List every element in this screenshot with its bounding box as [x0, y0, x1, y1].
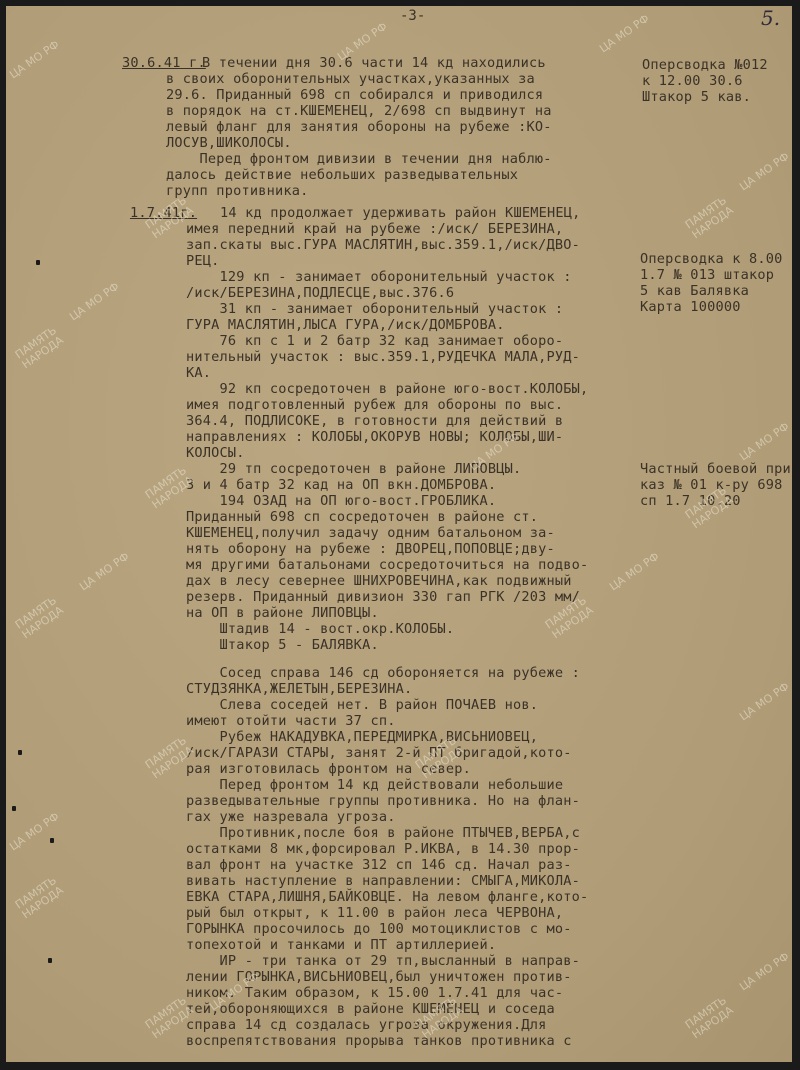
entry-line: мя другими батальонами сосредоточиться н…: [186, 558, 588, 574]
watermark-archive: ЦА МО РФ: [68, 281, 122, 324]
margin-note-line: 1.7 № 013 штакор: [640, 268, 774, 284]
entry-line: 194 ОЗАД на ОП юго-вост.ГРОБЛИКА.: [186, 494, 496, 510]
entry-line: 3 и 4 батр 32 кад на ОП вкн.ДОМБРОВА.: [186, 478, 496, 494]
margin-note-line: Оперсводка №012: [642, 58, 768, 74]
watermark-archive: ЦА МО РФ: [78, 551, 132, 594]
entry-line: гах уже назревала угроза.: [186, 810, 396, 826]
entry-line: рый был открыт, к 11.00 в район леса ЧЕР…: [186, 906, 563, 922]
watermark-project: ПАМЯТЬ НАРОДА: [683, 995, 735, 1042]
entry-line: КОЛОСЫ.: [186, 446, 245, 462]
entry-line: имеют отойти части 37 сп.: [186, 714, 396, 730]
entry-line: Штадив 14 - вост.окр.КОЛОБЫ.: [186, 622, 454, 638]
entry-line: 76 кп с 1 и 2 батр 32 кад занимает оборо…: [186, 334, 563, 350]
punch-hole-mark: [48, 958, 52, 963]
margin-note-line: Частный боевой при: [640, 462, 791, 478]
entry-line: ЛОСУВ,ШИКОЛОСЫ.: [166, 136, 292, 152]
entry-line: Перед фронтом 14 кд действовали небольши…: [186, 778, 563, 794]
entry-line: ЕВКА СТАРА,ЛИШНЯ,БАЙКОВЦЕ. На левом флан…: [186, 890, 588, 906]
entry-line: Сосед справа 146 сд обороняется на рубеж…: [186, 666, 580, 682]
entry-line: /иск/БЕРЕЗИНА,ПОДЛЕСЦЕ,выс.376.6: [186, 286, 454, 302]
entry-line: ИР - три танка от 29 тп,высланный в напр…: [186, 954, 580, 970]
watermark-project: ПАМЯТЬ НАРОДА: [683, 195, 735, 242]
entry-line: ГУРА МАСЛЯТИН,ЛЫСА ГУРА,/иск/ДОМБРОВА.: [186, 318, 505, 334]
entry-line: РЕЦ.: [186, 254, 220, 270]
watermark-archive: ЦА МО РФ: [738, 681, 792, 724]
entry-line: В течении дня 30.6 части 14 кд находилис…: [202, 56, 546, 72]
entry-line: зап.скаты выс.ГУРА МАСЛЯТИН,выс.359.1,/и…: [186, 238, 580, 254]
entry-line: Штакор 5 - БАЛЯВКА.: [186, 638, 379, 654]
entry-line: КА.: [186, 366, 211, 382]
entry-line: /иск/ГАРАЗИ СТАРЫ, занят 2-й ПТ бригадой…: [186, 746, 572, 762]
entry-line: Приданный 698 сп сосредоточен в районе с…: [186, 510, 538, 526]
margin-note-line: 5 кав Балявка: [640, 284, 749, 300]
entry-line: дах в лесу севернее ШНИХРОВЕЧИНА,как под…: [186, 574, 572, 590]
entry-line: Слева соседей нет. В район ПОЧАЕВ нов.: [186, 698, 538, 714]
entry-line: Перед фронтом дивизии в течении дня набл…: [166, 152, 552, 168]
margin-note-line: Штакор 5 кав.: [642, 90, 751, 106]
entry-line: 364.4, ПОДЛИСОКЕ, в готовности для дейст…: [186, 414, 563, 430]
watermark-archive: ЦА МО РФ: [598, 13, 652, 56]
entry-line: 129 кп - занимает оборонительный участок…: [186, 270, 572, 286]
entry-line: имея передний край на рубеже :/иск/ БЕРЕ…: [186, 222, 563, 238]
entry-line: нять оборону на рубеже : ДВОРЕЦ,ПОПОВЦЕ;…: [186, 542, 555, 558]
margin-note-line: Карта 100000: [640, 300, 741, 316]
entry-line: СТУДЗЯНКА,ЖЕЛЕТЫН,БЕРЕЗИНА.: [186, 682, 412, 698]
punch-hole-mark: [18, 750, 22, 755]
entry-line: 92 кп сосредоточен в районе юго-вост.КОЛ…: [186, 382, 588, 398]
page-number: 5.: [761, 6, 780, 30]
entry-line: КШЕМЕНЕЦ,получил задачу одним батальоном…: [186, 526, 555, 542]
entry-line: далось действие небольших разведывательн…: [166, 168, 518, 184]
punch-hole-mark: [12, 806, 16, 811]
entry-line: резерв. Приданный дивизион 330 гап РГК /…: [186, 590, 580, 606]
entry-line: на ОП в районе ЛИПОВЦЫ.: [186, 606, 379, 622]
watermark-project: ПАМЯТЬ НАРОДА: [13, 595, 65, 642]
entry-line: в своих оборонительных участках,указанны…: [166, 72, 535, 88]
entry-date: 30.6.41 г.: [122, 56, 206, 72]
watermark-project: ПАМЯТЬ НАРОДА: [13, 325, 65, 372]
watermark-archive: ЦА МО РФ: [738, 151, 792, 194]
entry-line: имея подготовленный рубеж для обороны по…: [186, 398, 563, 414]
entry-line: топехотой и танками и ПТ артиллерией.: [186, 938, 496, 954]
entry-line: остатками 8 мк,форсировал Р.ИКВА, в 14.3…: [186, 842, 580, 858]
entry-line: Противник,после боя в районе ПТЫЧЕВ,ВЕРБ…: [186, 826, 580, 842]
margin-note-line: Оперсводка к 8.00: [640, 252, 783, 268]
watermark-archive: ЦА МО РФ: [738, 951, 792, 994]
entry-line: тей,обороняющихся в районе КШЕМЕНЕЦ и со…: [186, 1002, 555, 1018]
entry-line: Рубеж НАКАДУВКА,ПЕРЕДМИРКА,ВИСЬНИОВЕЦ,: [186, 730, 538, 746]
punch-hole-mark: [36, 260, 40, 265]
entry-line: ГОРЫНКА просочилось до 100 мотоциклистов…: [186, 922, 572, 938]
entry-line: справа 14 сд создалась угроза окружения.…: [186, 1018, 547, 1034]
watermark-archive: ЦА МО РФ: [608, 551, 662, 594]
entry-line: левый фланг для занятия обороны на рубеж…: [166, 120, 552, 136]
watermark-project: ПАМЯТЬ НАРОДА: [13, 875, 65, 922]
punch-hole-mark: [50, 838, 54, 843]
watermark-archive: ЦА МО РФ: [8, 811, 62, 854]
entry-line: вивать наступление в направлении: СМЫГА,…: [186, 874, 580, 890]
entry-line: воспрепятствования прорыва танков против…: [186, 1034, 572, 1050]
watermark-archive: ЦА МО РФ: [738, 421, 792, 464]
entry-line: 14 кд продолжает удерживать район КШЕМЕН…: [220, 206, 581, 222]
entry-line: вал фронт на участке 312 сп 146 сд. Нача…: [186, 858, 572, 874]
document-page: -3- 5. 30.6.41 г. В течении дня 30.6 час…: [6, 6, 792, 1062]
watermark-archive: ЦА МО РФ: [8, 39, 62, 82]
margin-note-line: к 12.00 30.6: [642, 74, 743, 90]
page-marker: -3-: [400, 8, 425, 24]
entry-line: разведывательные группы противника. Но н…: [186, 794, 580, 810]
entry-line: 31 кп - занимает оборонительный участок …: [186, 302, 563, 318]
entry-line: 29.6. Приданный 698 сп собирался и приво…: [166, 88, 543, 104]
entry-line: в порядок на ст.КШЕМЕНЕЦ, 2/698 сп выдви…: [166, 104, 552, 120]
entry-line: групп противника.: [166, 184, 309, 200]
entry-line: нительный участок : выс.359.1,РУДЕЧКА МА…: [186, 350, 580, 366]
